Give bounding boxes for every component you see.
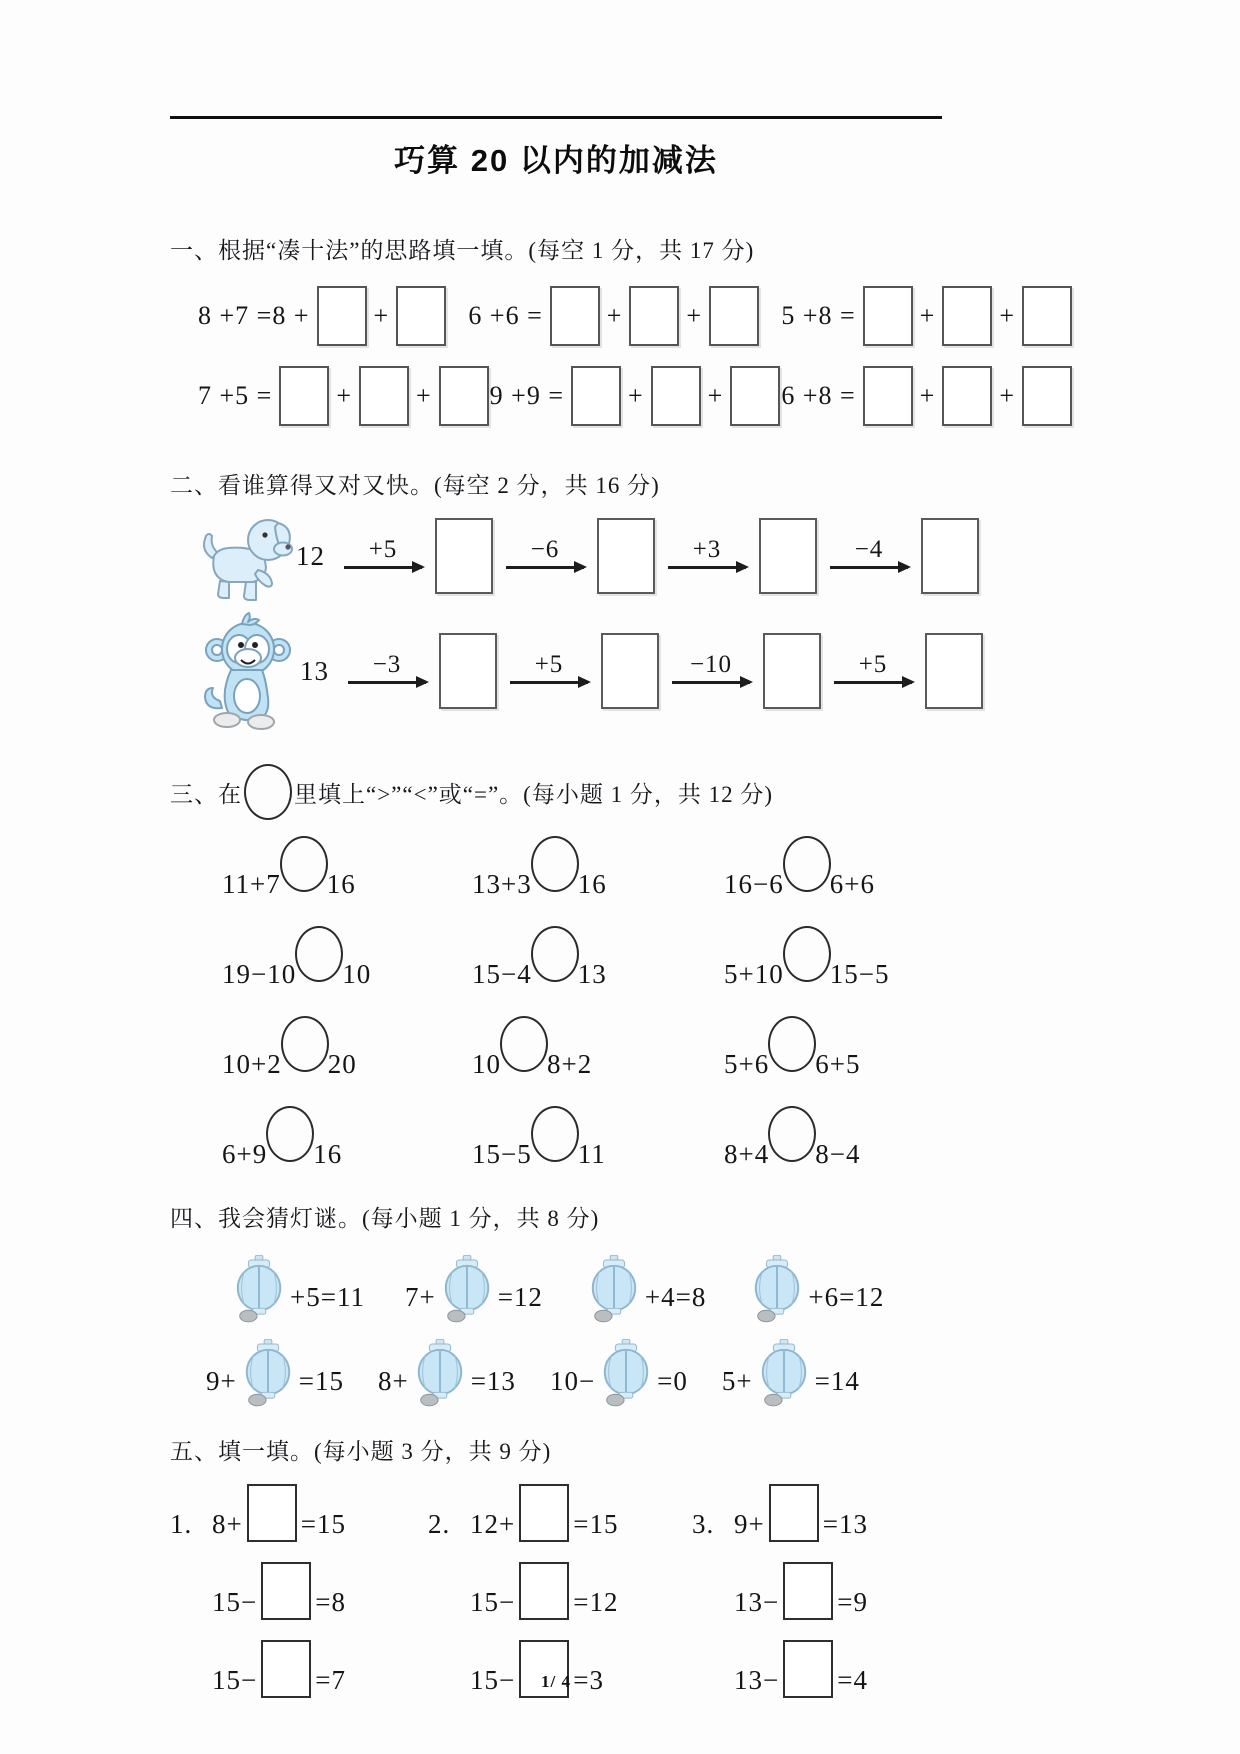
comparison-right: 8−4 <box>815 1139 860 1170</box>
step-operation: −4 <box>855 537 884 562</box>
answer-box[interactable] <box>925 633 983 709</box>
lantern-icon[interactable] <box>240 1339 296 1407</box>
step-operation: −6 <box>531 537 560 562</box>
section3: 三、在 里填上“>”“<”或“=”。(每小题 1 分，共 12 分) 11+7 … <box>170 764 1100 1170</box>
lantern-icon[interactable] <box>231 1255 287 1323</box>
answer-circle[interactable] <box>500 1016 548 1072</box>
arrow-icon <box>510 681 588 683</box>
comparison-left: 11+7 <box>222 869 281 900</box>
answer-circle[interactable] <box>768 1016 816 1072</box>
equation-text: 12+ <box>470 1509 515 1540</box>
lantern-equation: 8+ =13 <box>378 1339 516 1401</box>
answer-box[interactable] <box>550 286 600 346</box>
equation-text: =15 <box>573 1509 618 1540</box>
answer-box[interactable] <box>769 1484 819 1542</box>
question-number: 2. <box>428 1509 470 1540</box>
answer-box[interactable] <box>601 633 659 709</box>
comparison-item: 6+9 16 <box>222 1106 472 1170</box>
equation-text: =12 <box>573 1587 618 1618</box>
answer-box[interactable] <box>571 366 621 426</box>
fill-equation: 2. 12+ =15 <box>428 1484 692 1542</box>
plus-sign: + <box>999 381 1015 411</box>
fill-equation: 13− =9 <box>692 1562 1100 1620</box>
fill-equation: 15− =8 <box>170 1562 428 1620</box>
page-title: 巧算 20 以内的加减法 <box>170 135 942 180</box>
arrow-icon <box>344 566 422 568</box>
step-operation: +5 <box>859 652 888 677</box>
comparison-right: 8+2 <box>547 1049 592 1080</box>
equation-text: 8+ <box>212 1509 243 1540</box>
answer-box[interactable] <box>763 633 821 709</box>
equation-text: 15− <box>212 1587 257 1618</box>
answer-box[interactable] <box>759 518 817 594</box>
arrow-icon <box>672 681 750 683</box>
plus-sign: + <box>920 301 936 331</box>
comparison-right: 20 <box>328 1049 357 1080</box>
chain-step: +5 <box>829 652 917 689</box>
equation: 6 +8 = + + <box>781 366 1072 426</box>
monkey-illustration <box>198 612 298 730</box>
answer-circle[interactable] <box>266 1106 314 1162</box>
equation: 8 +7 =8 + + <box>198 286 446 346</box>
lantern-row1: +5=11 7+ =12 <box>170 1255 1100 1317</box>
equation-text: =8 <box>315 1587 346 1618</box>
answer-box[interactable] <box>317 286 367 346</box>
plus-sign: + <box>920 381 936 411</box>
chain-step: +5 <box>505 652 593 689</box>
equation-text: 10− <box>550 1366 595 1397</box>
chain-step: −6 <box>501 537 589 574</box>
lantern-equation: 10− =0 <box>550 1339 688 1401</box>
answer-circle[interactable] <box>295 926 343 982</box>
equation: 6 +6 = + + <box>468 286 759 346</box>
plus-sign: + <box>374 301 390 331</box>
comparison-right: 11 <box>578 1139 606 1170</box>
comparison-left: 5+6 <box>724 1049 769 1080</box>
comparison-grid: 11+7 16 13+3 16 16−6 6+6 19−10 10 15−4 <box>170 836 1100 1170</box>
equation-text: =12 <box>498 1282 543 1313</box>
circle-icon <box>244 764 292 820</box>
step-operation: −10 <box>690 652 732 677</box>
plus-sign: + <box>708 381 724 411</box>
answer-box[interactable] <box>519 1562 569 1620</box>
answer-circle[interactable] <box>531 926 579 982</box>
chain-step: −3 <box>343 652 431 689</box>
lantern-icon[interactable] <box>412 1339 468 1407</box>
answer-box[interactable] <box>597 518 655 594</box>
comparison-item: 5+6 6+5 <box>724 1016 1100 1080</box>
equation-text: =13 <box>471 1366 516 1397</box>
section3-heading-pre: 三、在 <box>170 776 242 809</box>
chain-step: +5 <box>339 537 427 574</box>
step-operation: −3 <box>373 652 402 677</box>
calc-chain-dog: 12 +5 −6 +3 −4 <box>170 510 1100 602</box>
answer-box[interactable] <box>921 518 979 594</box>
fill-equation: 15− =12 <box>428 1562 692 1620</box>
lantern-icon[interactable] <box>598 1339 654 1407</box>
comparison-left: 15−4 <box>472 959 532 990</box>
page-number: 1/ 4 <box>170 1672 942 1692</box>
answer-box[interactable] <box>439 366 489 426</box>
arrow-icon <box>506 566 584 568</box>
plus-sign: + <box>336 381 352 411</box>
question-number: 1. <box>170 1509 212 1540</box>
equation-text: 8 +7 =8 + <box>198 301 310 331</box>
answer-circle[interactable] <box>531 836 579 892</box>
lantern-equation: 5+ =14 <box>722 1339 860 1401</box>
plus-sign: + <box>628 381 644 411</box>
equation-text: =14 <box>815 1366 860 1397</box>
plus-sign: + <box>999 301 1015 331</box>
comparison-item: 5+10 15−5 <box>724 926 1100 990</box>
answer-box[interactable] <box>279 366 329 426</box>
equation-text: 9+ <box>206 1366 237 1397</box>
lantern-equation: +5=11 <box>228 1255 365 1317</box>
lantern-icon[interactable] <box>749 1255 805 1323</box>
answer-box[interactable] <box>261 1562 311 1620</box>
arrow-icon <box>668 566 746 568</box>
comparison-left: 10+2 <box>222 1049 282 1080</box>
answer-box[interactable] <box>439 633 497 709</box>
section1-body: 8 +7 =8 + + 6 +6 = + + 5 +8 = + + <box>170 285 1100 427</box>
arrow-icon <box>348 681 426 683</box>
dog-illustration <box>198 510 294 602</box>
arrow-icon <box>834 681 912 683</box>
section1-row1: 8 +7 =8 + + 6 +6 = + + 5 +8 = + + <box>170 285 1072 347</box>
plus-sign: + <box>607 301 623 331</box>
chain-start-number: 12 <box>296 541 325 572</box>
section4-heading: 四、我会猜灯谜。(每小题 1 分，共 8 分) <box>170 1200 1100 1233</box>
answer-circle[interactable] <box>280 836 328 892</box>
chain-step: −10 <box>667 652 755 689</box>
arrow-icon <box>830 566 908 568</box>
comparison-item: 8+4 8−4 <box>724 1106 1100 1170</box>
equation-text: 7 +5 = <box>198 381 272 411</box>
answer-circle[interactable] <box>783 836 831 892</box>
answer-box[interactable] <box>709 286 759 346</box>
comparison-right: 16 <box>578 869 607 900</box>
equation-text: +4=8 <box>645 1282 706 1313</box>
equation-text: =15 <box>299 1366 344 1397</box>
answer-box[interactable] <box>1022 286 1072 346</box>
step-operation: +5 <box>369 537 398 562</box>
comparison-item: 10+2 20 <box>222 1016 472 1080</box>
equation-text: +6=12 <box>808 1282 884 1313</box>
chain-start-number: 13 <box>300 656 329 687</box>
answer-box[interactable] <box>783 1562 833 1620</box>
section1-row2: 7 +5 = + + 9 +9 = + + 6 +8 = + + <box>170 365 1072 427</box>
equation-text: 5+ <box>722 1366 753 1397</box>
equation-text: 6 +6 = <box>468 301 542 331</box>
equation-text: 8+ <box>378 1366 409 1397</box>
answer-box[interactable] <box>1022 366 1072 426</box>
lantern-equation: 7+ =12 <box>405 1255 543 1317</box>
lantern-icon[interactable] <box>439 1255 495 1323</box>
equation: 5 +8 = + + <box>781 286 1072 346</box>
comparison-item: 16−6 6+6 <box>724 836 1100 900</box>
comparison-item: 15−4 13 <box>472 926 724 990</box>
section3-heading-post: 里填上“>”“<”或“=”。(每小题 1 分，共 12 分) <box>294 776 773 809</box>
answer-box[interactable] <box>651 366 701 426</box>
lantern-equation: 9+ =15 <box>206 1339 344 1401</box>
comparison-left: 10 <box>472 1049 501 1080</box>
lantern-equation: +6=12 <box>746 1255 884 1317</box>
lantern-row2: 9+ =15 8+ <box>170 1339 1100 1401</box>
section3-heading: 三、在 里填上“>”“<”或“=”。(每小题 1 分，共 12 分) <box>170 764 1100 820</box>
comparison-right: 10 <box>342 959 371 990</box>
answer-box[interactable] <box>942 366 992 426</box>
equation-text: =13 <box>823 1509 868 1540</box>
equation-text: 5 +8 = <box>781 301 855 331</box>
equation-text: 9+ <box>734 1509 765 1540</box>
comparison-left: 5+10 <box>724 959 784 990</box>
step-operation: +5 <box>535 652 564 677</box>
comparison-item: 11+7 16 <box>222 836 472 900</box>
comparison-item: 19−10 10 <box>222 926 472 990</box>
answer-circle[interactable] <box>281 1016 329 1072</box>
equation-text: +5=11 <box>290 1282 365 1313</box>
answer-box[interactable] <box>247 1484 297 1542</box>
equation-text: 7+ <box>405 1282 436 1313</box>
equation-text: 6 +8 = <box>781 381 855 411</box>
equation: 7 +5 = + + <box>198 366 489 426</box>
lantern-equation: +4=8 <box>583 1255 706 1317</box>
answer-box[interactable] <box>396 286 446 346</box>
comparison-right: 15−5 <box>830 959 890 990</box>
answer-circle[interactable] <box>768 1106 816 1162</box>
header-rule <box>170 116 942 119</box>
worksheet-page: 巧算 20 以内的加减法 一、根据“凑十法”的思路填一填。(每空 1 分，共 1… <box>0 0 1240 1754</box>
comparison-right: 6+5 <box>815 1049 860 1080</box>
equation-text: =15 <box>301 1509 346 1540</box>
equation-text: 13− <box>734 1587 779 1618</box>
plus-sign: + <box>416 381 432 411</box>
equation-text: =0 <box>657 1366 688 1397</box>
section5-heading: 五、填一填。(每小题 3 分，共 9 分) <box>170 1433 1100 1466</box>
calc-chain-monkey: 13 −3 +5 −10 +5 <box>170 612 1100 730</box>
chain-step: +3 <box>663 537 751 574</box>
lantern-icon[interactable] <box>756 1339 812 1407</box>
answer-box[interactable] <box>863 286 913 346</box>
comparison-left: 13+3 <box>472 869 532 900</box>
comparison-left: 19−10 <box>222 959 296 990</box>
fill-equation: 3. 9+ =13 <box>692 1484 1100 1542</box>
fill-equation: 1. 8+ =15 <box>170 1484 428 1542</box>
equation-text: =9 <box>837 1587 868 1618</box>
comparison-item: 15−5 11 <box>472 1106 724 1170</box>
answer-circle[interactable] <box>531 1106 579 1162</box>
section2-heading: 二、看谁算得又对又快。(每空 2 分，共 16 分) <box>170 467 1100 500</box>
comparison-right: 16 <box>327 869 356 900</box>
answer-circle[interactable] <box>783 926 831 982</box>
section4: 四、我会猜灯谜。(每小题 1 分，共 8 分) +5=11 7+ <box>170 1200 1100 1401</box>
chain-step: −4 <box>825 537 913 574</box>
answer-box[interactable] <box>359 366 409 426</box>
comparison-left: 6+9 <box>222 1139 267 1170</box>
comparison-left: 15−5 <box>472 1139 532 1170</box>
answer-box[interactable] <box>519 1484 569 1542</box>
comparison-left: 8+4 <box>724 1139 769 1170</box>
step-operation: +3 <box>693 537 722 562</box>
answer-box[interactable] <box>435 518 493 594</box>
question-number: 3. <box>692 1509 734 1540</box>
answer-box[interactable] <box>629 286 679 346</box>
comparison-item: 13+3 16 <box>472 836 724 900</box>
comparison-left: 16−6 <box>724 869 784 900</box>
answer-box[interactable] <box>863 366 913 426</box>
comparison-right: 16 <box>313 1139 342 1170</box>
section1-heading: 一、根据“凑十法”的思路填一填。(每空 1 分，共 17 分) <box>170 232 1100 265</box>
comparison-item: 10 8+2 <box>472 1016 724 1080</box>
equation: 9 +9 = + + <box>490 366 781 426</box>
answer-box[interactable] <box>730 366 780 426</box>
answer-box[interactable] <box>942 286 992 346</box>
section2: 二、看谁算得又对又快。(每空 2 分，共 16 分) 12 +5 <box>170 467 1100 730</box>
comparison-right: 13 <box>578 959 607 990</box>
plus-sign: + <box>686 301 702 331</box>
comparison-right: 6+6 <box>830 869 875 900</box>
equation-text: 15− <box>470 1587 515 1618</box>
equation-text: 9 +9 = <box>490 381 564 411</box>
lantern-icon[interactable] <box>586 1255 642 1323</box>
